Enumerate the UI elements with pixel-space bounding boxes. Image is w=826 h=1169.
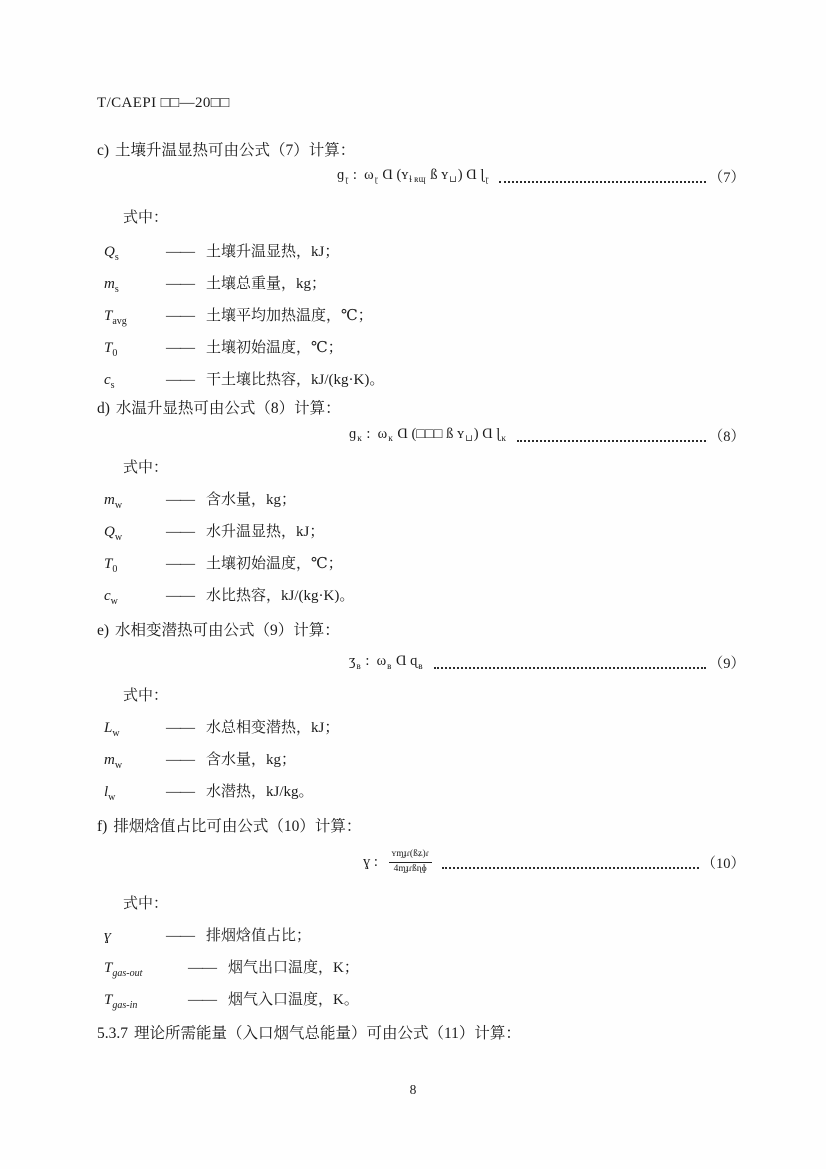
symbol: Tgas-out (104, 960, 188, 979)
definition-dash: —— (166, 372, 194, 389)
page-number: 8 (0, 1082, 826, 1098)
definition-text: 含水量，kg； (206, 488, 296, 509)
equation-number-7: （7） (709, 166, 745, 187)
symbol: T0 (104, 556, 166, 575)
symbol: Tgas-in (104, 992, 188, 1011)
definition-dash: —— (166, 588, 194, 605)
list-item-text: 排烟焓值占比可由公式（10）计算： (113, 818, 361, 835)
formula-8-body: ɡĸ : ωĸ Ɑ (□□□ ß ʏ⊔) Ɑ ɭĸ (349, 426, 507, 445)
equation-number-9: （9） (709, 652, 745, 673)
definition-dash: —— (166, 308, 194, 325)
definition-row: Qw —— 水升温显热，kJ； (104, 520, 745, 543)
dotted-leader (517, 428, 706, 442)
symbol: mw (104, 492, 166, 511)
definition-row: cw —— 水比热容，kJ/(kg·K)。 (104, 584, 745, 607)
symbol: cs (104, 372, 166, 391)
definition-dash: —— (166, 340, 194, 357)
list-item-d: d)水温升显热可由公式（8）计算： (97, 396, 341, 418)
formula-8: ɡĸ : ωĸ Ɑ (□□□ ß ʏ⊔) Ɑ ɭĸ （8） (97, 423, 745, 447)
document-code: T/CAEPI □□—20□□ (97, 95, 230, 112)
definition-row: mw —— 含水量，kg； (104, 748, 745, 771)
definition-text: 水总相变潜热，kJ； (206, 716, 339, 737)
clause-number: 5.3.7 (97, 1025, 128, 1042)
definition-dash: —— (166, 524, 194, 541)
symbol: Qw (104, 524, 166, 543)
where-label-7: 式中： (123, 206, 168, 227)
symbol: mw (104, 752, 166, 771)
symbol: ɣ (104, 928, 166, 947)
definition-dash: —— (166, 556, 194, 573)
list-item-e: e)水相变潜热可由公式（9）计算： (97, 618, 340, 640)
where-label-8: 式中： (123, 456, 168, 477)
definition-dash: —— (166, 720, 194, 737)
list-item-text: 土壤升温显热可由公式（7）计算： (115, 142, 355, 159)
formula-10: ɣ : ʏɱɟɾ(ßʑ)ɾ 4ɱɟɾßɳɸ （10） (97, 844, 745, 880)
fraction-numerator: ʏɱɟɾ(ßʑ)ɾ (389, 849, 432, 862)
definition-dash: —— (166, 928, 194, 945)
formula-7-body: ɡɽ : ωɽ Ɑ (ʏɬ ʀɰ ß ʏ⊔) Ɑ ɭɽ (337, 167, 489, 186)
definition-dash: —— (166, 492, 194, 509)
definition-row: Lw —— 水总相变潜热，kJ； (104, 716, 745, 739)
definition-text: 烟气入口温度，K。 (228, 988, 359, 1009)
list-item-f: f)排烟焓值占比可由公式（10）计算： (97, 814, 361, 836)
symbol: ms (104, 276, 166, 295)
symbol: Lw (104, 720, 166, 739)
list-item-c: c)土壤升温显热可由公式（7）计算： (97, 138, 355, 160)
definition-dash: —— (166, 244, 194, 261)
definition-dash: —— (188, 992, 216, 1009)
definition-text: 水比热容，kJ/(kg·K)。 (206, 584, 354, 605)
definition-dash: —— (166, 752, 194, 769)
definition-row: mw —— 含水量，kg； (104, 488, 745, 511)
definition-row: lw —— 水潜热，kJ/kg。 (104, 780, 745, 803)
equation-number-10: （10） (702, 852, 746, 873)
dotted-leader (442, 855, 699, 869)
definition-row: T0 —— 土壤初始温度，℃； (104, 552, 745, 575)
definition-text: 土壤平均加热温度，℃； (206, 304, 373, 325)
definition-text: 干土壤比热容，kJ/(kg·K)。 (206, 368, 384, 389)
definition-text: 土壤总重量，kg； (206, 272, 326, 293)
definition-dash: —— (188, 960, 216, 977)
symbol: cw (104, 588, 166, 607)
definition-row: ms —— 土壤总重量，kg； (104, 272, 745, 295)
definition-text: 土壤初始温度，℃； (206, 552, 343, 573)
definition-text: 含水量，kg； (206, 748, 296, 769)
list-item-label: c) (97, 142, 109, 159)
list-item-text: 水温升显热可由公式（8）计算： (116, 400, 341, 417)
definition-row: Tgas-out —— 烟气出口温度，K； (104, 956, 745, 979)
definition-dash: —— (166, 784, 194, 801)
definition-text: 土壤初始温度，℃； (206, 336, 343, 357)
where-label-10: 式中： (123, 892, 168, 913)
definition-row: Qs —— 土壤升温显热，kJ； (104, 240, 745, 263)
definition-text: 水升温显热，kJ； (206, 520, 324, 541)
clause-5-3-7: 5.3.7理论所需能量（入口烟气总能量）可由公式（11）计算： (97, 1021, 521, 1043)
definition-text: 排烟焓值占比； (206, 924, 311, 945)
dotted-leader (434, 655, 706, 669)
definition-row: Tgas-in —— 烟气入口温度，K。 (104, 988, 745, 1011)
symbol: Qs (104, 244, 166, 263)
formula-7: ɡɽ : ωɽ Ɑ (ʏɬ ʀɰ ß ʏ⊔) Ɑ ɭɽ （7） (97, 164, 745, 188)
list-item-text: 水相变潜热可由公式（9）计算： (115, 622, 340, 639)
formula-9: ʒʙ : ωʙ Ɑ ɋʙ （9） (97, 650, 745, 674)
fraction-denominator: 4ɱɟɾßɳɸ (394, 863, 427, 875)
definition-row: Tavg —— 土壤平均加热温度，℃； (104, 304, 745, 327)
definition-dash: —— (166, 276, 194, 293)
definition-row: ɣ —— 排烟焓值占比； (104, 924, 745, 947)
formula-10-lead: ɣ : (363, 854, 382, 871)
dotted-leader (499, 169, 705, 183)
document-page: T/CAEPI □□—20□□ c)土壤升温显热可由公式（7）计算： ɡɽ : … (0, 0, 826, 1169)
equation-number-8: （8） (709, 425, 745, 446)
formula-9-body: ʒʙ : ωʙ Ɑ ɋʙ (349, 653, 424, 671)
definition-row: cs —— 干土壤比热容，kJ/(kg·K)。 (104, 368, 745, 391)
symbol: T0 (104, 340, 166, 359)
definition-text: 土壤升温显热，kJ； (206, 240, 339, 261)
definition-row: T0 —— 土壤初始温度，℃； (104, 336, 745, 359)
list-item-label: f) (97, 818, 107, 835)
definition-text: 水潜热，kJ/kg。 (206, 780, 314, 801)
list-item-label: e) (97, 622, 109, 639)
list-item-label: d) (97, 400, 110, 417)
symbol: Tavg (104, 308, 166, 327)
symbol: lw (104, 784, 166, 803)
fraction: ʏɱɟɾ(ßʑ)ɾ 4ɱɟɾßɳɸ (389, 849, 432, 875)
clause-text: 理论所需能量（入口烟气总能量）可由公式（11）计算： (134, 1025, 521, 1042)
definition-text: 烟气出口温度，K； (228, 956, 359, 977)
where-label-9: 式中： (123, 684, 168, 705)
